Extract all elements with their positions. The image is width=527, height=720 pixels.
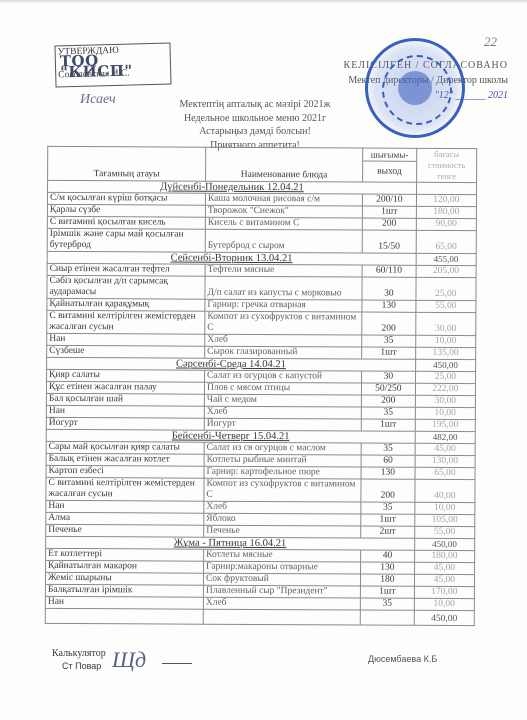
dish-name-kz: Сүзбеше	[47, 345, 205, 358]
dish-name-kz: Алма	[46, 512, 204, 525]
dish-yield: 130	[362, 300, 416, 312]
dish-yield: 30	[361, 371, 415, 383]
dish-name-kz: Ірімшік және сары май қосылған бутерброд	[47, 228, 205, 252]
dish-name-kz: Нан	[47, 333, 205, 346]
dish-yield: 200	[361, 395, 415, 407]
previous-day-total: 450,00	[415, 359, 475, 371]
dish-name-ru: Хлеб	[204, 501, 361, 514]
dish-cost: 90,00	[416, 218, 476, 230]
dish-yield: 35	[361, 407, 415, 419]
dish-cost: 25,00	[415, 371, 475, 383]
dish-name-kz: Нан	[45, 596, 203, 609]
dish-name-ru: Котлеты рыбные минтай	[204, 454, 361, 467]
dish-name-ru: Тефтели мясные	[205, 264, 362, 277]
dish-name-ru: Хлеб	[204, 406, 361, 419]
dish-name-kz: Қайнатылған қарақұмық	[47, 298, 205, 311]
header-cost-top: бағасы стоимость	[428, 149, 465, 170]
dish-yield: 200	[362, 218, 416, 230]
dish-name-ru: Салат из огурцов с капустой	[205, 370, 362, 383]
dish-cost: 25,00	[416, 277, 476, 300]
dish-name-ru: Хлеб	[205, 334, 362, 347]
dish-yield: 30	[362, 277, 416, 300]
table-header-row: Тағамның атауы Наименование блюда шығымы…	[48, 146, 477, 161]
dish-yield: 200	[362, 312, 416, 335]
company-stamp: ТОО "КИСП"	[60, 54, 171, 79]
dish-name-ru: Компот из сухофруктов с витамином С	[204, 478, 361, 502]
dish-name-kz: Құс етінен жасалған палау	[46, 381, 204, 394]
dish-name-ru: Компот из сухофруктов с витамином С	[205, 311, 362, 335]
dish-name-kz: Жеміс шырыны	[45, 572, 203, 585]
final-total-row: 450,00	[45, 608, 474, 625]
dish-name-kz: Сиыр етінен жасалған тефтел	[47, 263, 205, 276]
dish-yield: 200/10	[362, 194, 416, 206]
dish-cost: 55,00	[416, 300, 476, 312]
dish-yield: 50/250	[361, 383, 415, 395]
dish-cost: 10,00	[415, 407, 475, 419]
dish-yield: 35	[362, 335, 416, 347]
dish-name-ru: Йогурт	[204, 418, 361, 431]
dish-name-kz: Сары май қосылған қияр салаты	[46, 441, 204, 454]
dish-name-kz: Печенье	[46, 524, 204, 537]
dish-yield: 1шт	[361, 419, 415, 431]
dish-cost: 30,00	[416, 312, 476, 335]
dish-cost: 222,00	[415, 383, 475, 395]
calculator-name: Дюсембаева К.Б	[368, 654, 437, 664]
dish-cost: 10,00	[415, 335, 475, 347]
dish-name-ru: Чай с медом	[204, 394, 361, 407]
dish-yield: 35	[361, 502, 415, 514]
dish-name-kz: Балық етінен жасалған котлет	[46, 453, 204, 466]
dish-yield: 1шт	[362, 347, 416, 359]
dish-cost: 130,00	[415, 455, 475, 467]
header-cost-bottom: тенге	[437, 171, 456, 181]
dish-name-kz: Балқатылған ірімшік	[45, 584, 203, 597]
dish-yield: 60	[361, 455, 415, 467]
header-yield-top: шығымы-	[363, 148, 417, 161]
dish-name-ru: Гарнир:макароны отварные	[204, 561, 361, 574]
dish-yield: 40	[361, 550, 415, 562]
previous-day-total: 482,00	[415, 431, 475, 443]
dish-yield: 130	[361, 467, 415, 479]
approver-signature: Исаеч	[80, 92, 116, 108]
dish-name-ru: Сок фруктовый	[203, 573, 360, 586]
dish-name-kz: Бал қосылған шай	[46, 393, 204, 406]
dish-cost: 45,00	[414, 574, 474, 586]
dish-name-kz: Қайнатылған макарон	[46, 560, 204, 573]
dish-cost: 65,00	[415, 467, 475, 479]
title-kz: Мектептің апталық ас мәзірі 2021ж	[150, 98, 360, 112]
dish-name-ru: Сырок глазированный	[205, 346, 362, 359]
header-name-kz: Тағамның атауы	[48, 146, 206, 181]
dish-yield: 15/50	[362, 230, 416, 253]
empty-cell	[203, 609, 360, 625]
dish-name-kz: Йогурт	[46, 417, 204, 430]
dish-cost: 45,00	[414, 562, 474, 574]
dish-cost: 10,00	[414, 598, 474, 610]
table-row: С витамині келтірілген жемістерден жасал…	[46, 477, 475, 502]
dish-cost: 205,00	[416, 265, 476, 277]
chef-label: Ст Повар	[62, 660, 106, 672]
dish-cost: 170,00	[414, 586, 474, 598]
footer: Калькулятор Ст Повар	[52, 648, 106, 672]
dish-name-kz: Сәбіз қосылған д/п сарымсақ аударамасы	[47, 275, 205, 299]
dish-yield: 1шт	[360, 586, 414, 598]
empty-cell	[45, 608, 203, 624]
dish-name-kz: Нан	[46, 500, 204, 513]
dish-name-ru: Плавленный сыр "Президент"	[203, 585, 360, 598]
dish-cost: 65,00	[416, 230, 476, 253]
dish-yield: 1шт	[362, 206, 416, 218]
page-number: 22	[484, 34, 497, 50]
dish-cost: 45,00	[415, 443, 475, 455]
table-row: Сәбіз қосылған д/п сарымсақ аударамасыД/…	[47, 275, 476, 300]
dish-name-kz: С/м қосылған күріш ботқасы	[47, 192, 205, 205]
dish-name-kz: С витамині келтірілген жемістерден жасал…	[46, 477, 204, 501]
document-titles: Мектептің апталық ас мәзірі 2021ж Недель…	[150, 98, 360, 152]
previous-day-total: 455,00	[416, 253, 476, 265]
dish-cost: 180,00	[416, 206, 476, 218]
dish-cost: 180,00	[414, 550, 474, 562]
dish-yield: 35	[361, 443, 415, 455]
chef-signature: Щд	[112, 647, 146, 673]
dish-cost: 10,00	[415, 502, 475, 514]
dish-name-kz: С витамині келтірілген жемістерден жасал…	[47, 310, 205, 334]
dish-cost: 195,00	[415, 419, 475, 431]
table-row: С витамині келтірілген жемістерден жасал…	[47, 310, 476, 335]
dish-name-kz: Ет котлеттері	[46, 548, 204, 561]
header-yield-bottom: выход	[362, 161, 416, 182]
dish-name-ru: Д/п салат из капусты с морковью	[205, 276, 362, 300]
signature-line	[162, 663, 192, 664]
dish-cost: 30,00	[415, 395, 475, 407]
dish-cost: 120,00	[416, 194, 476, 206]
approve-block: УТВЕРЖДАЮ ТОО "КИСП" Соколовская И.С.	[54, 42, 171, 87]
dish-name-ru: Печенье	[204, 525, 361, 538]
dish-name-ru: Салат из св огурцов с маслом	[204, 442, 361, 455]
dish-name-ru: Гарнир: гречка отварная	[205, 299, 362, 312]
dish-cost: 55,00	[414, 526, 474, 538]
dish-name-ru: Хлеб	[203, 597, 360, 610]
title-ru: Недельное школьное меню 2021г	[150, 112, 360, 126]
dish-cost: 40,00	[415, 479, 475, 502]
dish-name-kz: Қарлы сүзбе	[47, 204, 205, 217]
dish-yield: 130	[360, 562, 414, 574]
wish-kz: Астарыңыз дәмді болсын!	[150, 125, 360, 139]
dish-yield: 180	[360, 574, 414, 586]
dish-name-ru: Бутерброд с сыром	[205, 229, 362, 253]
menu-table: Тағамның атауы Наименование блюда шығымы…	[45, 146, 477, 626]
previous-day-total	[416, 182, 476, 194]
dish-name-ru: Яблоко	[204, 513, 361, 526]
dish-yield: 200	[361, 479, 415, 502]
table-row: Ірімшік және сары май қосылған бутерброд…	[47, 228, 476, 253]
dish-yield: 1шт	[361, 514, 415, 526]
dish-name-kz: Қияр салаты	[47, 369, 205, 382]
dish-name-kz: Картоп езбесі	[46, 465, 204, 478]
official-seal-icon	[365, 38, 465, 138]
day-total: 450,00	[414, 610, 474, 625]
dish-name-ru: Творожок "Снежок"	[205, 205, 362, 218]
dish-cost: 135,00	[415, 347, 475, 359]
dish-name-kz: Нан	[46, 405, 204, 418]
scan-edge	[0, 0, 527, 4]
menu-body: Дүйсенбі-Понедельник 12.04.21С/м қосылға…	[45, 180, 476, 625]
calculator-label: Калькулятор	[52, 648, 106, 660]
dish-name-kz: С витамині қосылған кисель	[47, 216, 205, 229]
previous-day-total: 450,00	[414, 538, 474, 550]
dish-cost: 105,00	[415, 514, 475, 526]
header-name-ru: Наименование блюда	[206, 147, 363, 182]
dish-yield: 35	[360, 598, 414, 610]
dish-yield: 60/110	[362, 265, 416, 277]
dish-name-ru: Плов с мясом птицы	[204, 382, 361, 395]
dish-name-ru: Котлеты мясные	[204, 549, 361, 562]
header-cost: бағасы стоимость тенге	[416, 148, 476, 182]
empty-cell	[360, 610, 414, 625]
dish-yield: 2шт	[361, 526, 415, 538]
dish-name-ru: Кисель с витамином С	[205, 217, 362, 230]
dish-name-ru: Гарнир: картофельное пюре	[204, 466, 361, 479]
dish-name-ru: Каша молочная рисовая с/м	[205, 193, 362, 206]
